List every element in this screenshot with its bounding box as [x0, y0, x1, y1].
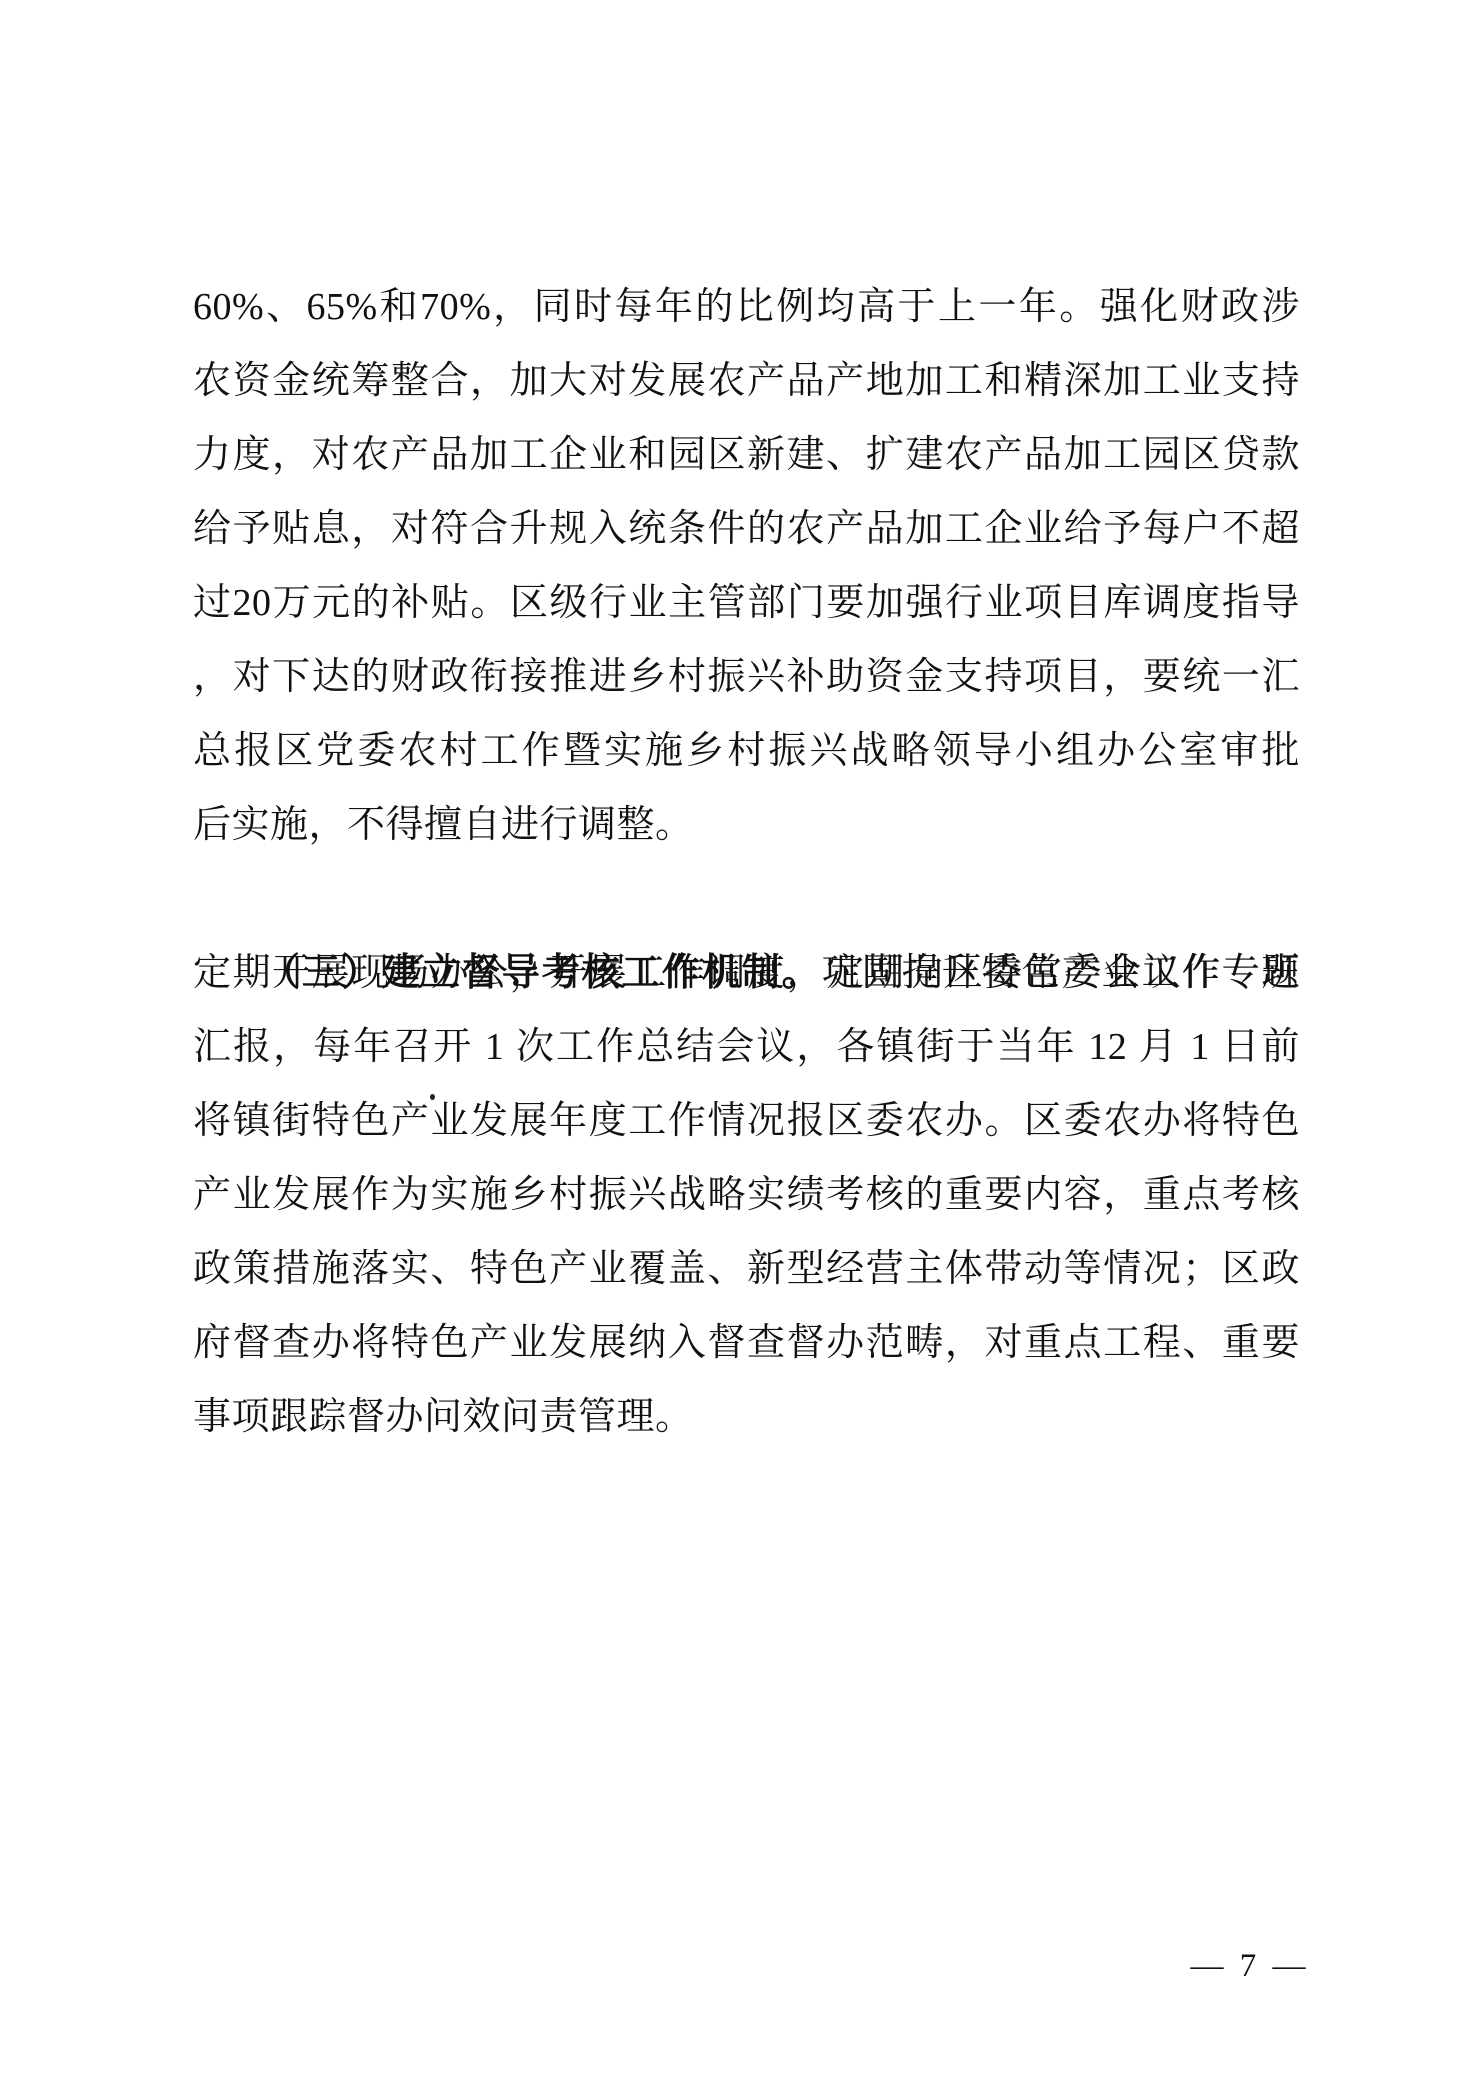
doc-line: ，对下达的财政衔接推进乡村振兴补助资金支持项目，要统一汇	[193, 640, 1300, 714]
page-number: — 7 —	[1140, 1946, 1360, 1986]
doc-line: 产业发展作为实施乡村振兴战略实绩考核的重要内容，重点考核	[193, 1158, 1300, 1232]
doc-line: 过20万元的补贴。区级行业主管部门要加强行业项目库调度指导	[193, 566, 1300, 640]
doc-line: 给予贴息，对符合升规入统条件的农产品加工企业给予每户不超	[193, 492, 1300, 566]
document-body: 60%、65%和70%，同时每年的比例均高于上一年。强化财政涉 农资金统筹整合，…	[193, 270, 1300, 1454]
doc-line-section-heading: （三）建立督导考核工作机制。巩固提升特色产业工作专班	[193, 862, 1300, 936]
doc-line: 总报区党委农村工作暨实施乡村振兴战略领导小组办公室审批	[193, 714, 1300, 788]
doc-line: 汇报，每年召开 1 次工作总结会议，各镇街于当年 12 月 1 日前	[193, 1010, 1300, 1084]
scan-artifact-dot	[430, 1094, 435, 1100]
doc-line: 农资金统筹整合，加大对发展农产品产地加工和精深加工业支持	[193, 344, 1300, 418]
doc-line-paragraph-end: 后实施，不得擅自进行调整。	[193, 788, 1300, 862]
document-page: 60%、65%和70%，同时每年的比例均高于上一年。强化财政涉 农资金统筹整合，…	[0, 0, 1480, 2091]
doc-line: 将镇街特色产业发展年度工作情况报区委农办。区委农办将特色	[193, 1084, 1300, 1158]
doc-line: 政策措施落实、特色产业覆盖、新型经营主体带动等情况；区政	[193, 1232, 1300, 1306]
doc-line-paragraph-end: 事项跟踪督办问效问责管理。	[193, 1380, 1300, 1454]
doc-line: 60%、65%和70%，同时每年的比例均高于上一年。强化财政涉	[193, 270, 1300, 344]
doc-line: 定期开展现场办公，开展工作调度，定期向区委常委会议作专题	[193, 936, 1300, 1010]
doc-line: 力度，对农产品加工企业和园区新建、扩建农产品加工园区贷款	[193, 418, 1300, 492]
doc-line: 府督查办将特色产业发展纳入督查督办范畴，对重点工程、重要	[193, 1306, 1300, 1380]
